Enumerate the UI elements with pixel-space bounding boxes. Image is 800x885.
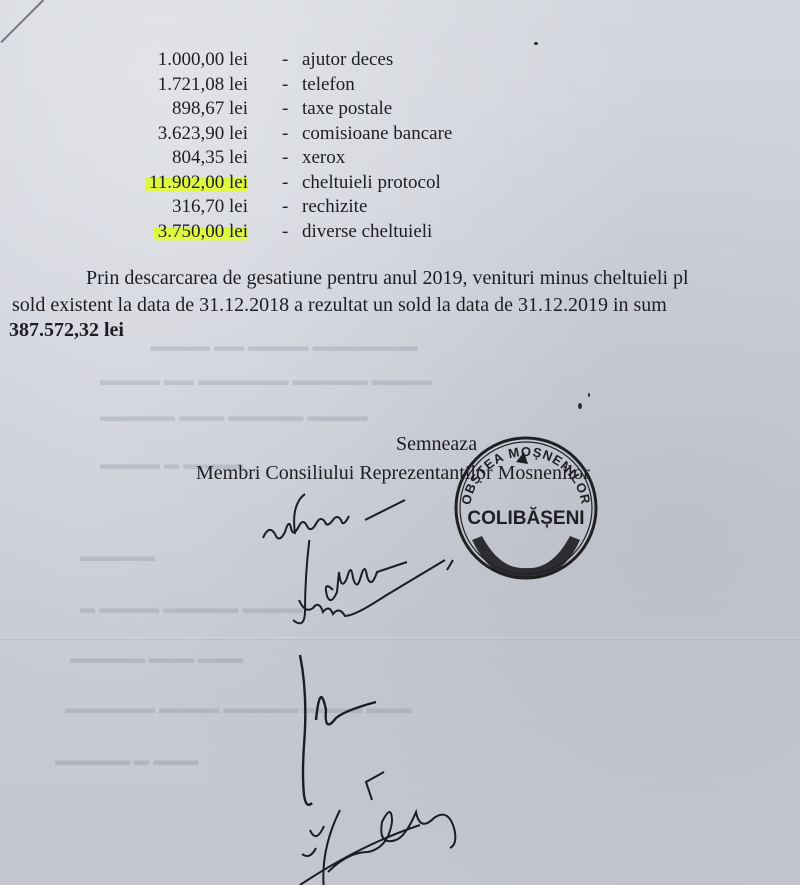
expense-amount-highlighted: 11.902,00 lei — [145, 171, 248, 195]
show-through-text: ▬ ▬▬▬▬ ▬▬▬▬▬ ▬▬▬▬ — [80, 600, 303, 617]
show-through-text: ▬▬▬▬▬ — [80, 548, 155, 565]
expense-label: ajutor deces — [302, 48, 393, 72]
expense-separator: - — [282, 48, 288, 72]
expense-separator: - — [282, 171, 288, 195]
ink-speck — [588, 393, 590, 397]
expense-row: 3.623,90 lei-comisioane bancare — [0, 122, 700, 146]
expense-label: telefon — [302, 73, 355, 97]
expense-amount: 3.623,90 lei — [158, 122, 248, 146]
expense-row: 898,67 lei-taxe postale — [0, 97, 700, 121]
expense-label: xerox — [302, 146, 345, 170]
closing-balance: 387.572,32 lei — [9, 317, 124, 343]
expense-row: 1.721,08 lei-telefon — [0, 73, 700, 97]
expense-amount: 804,35 lei — [172, 146, 248, 170]
signature-3 — [280, 650, 520, 885]
expense-label: rechizite — [302, 195, 367, 219]
expense-row: 804,35 lei-xerox — [0, 146, 700, 170]
expense-amount: 316,70 lei — [172, 195, 248, 219]
ink-speck — [578, 403, 582, 409]
show-through-text: ▬▬▬▬▬ ▬▬▬ ▬▬▬ — [70, 650, 243, 667]
expense-row: 11.902,00 lei-cheltuieli protocol — [0, 171, 700, 195]
expense-row: 3.750,00 lei-diverse cheltuieli — [0, 220, 700, 244]
expense-amount: 898,67 lei — [172, 97, 248, 121]
expense-amount-highlighted: 3.750,00 lei — [154, 220, 248, 244]
expense-label: comisioane bancare — [302, 122, 452, 146]
stamp-center-text: COLIBĂȘENI — [467, 507, 584, 529]
expense-label: cheltuieli protocol — [302, 171, 441, 195]
expense-row: 1.000,00 lei-ajutor deces — [0, 48, 700, 72]
ink-speck — [534, 42, 538, 45]
expense-amount: 1.000,00 lei — [158, 48, 248, 72]
show-through-text: ▬▬▬▬▬ ▬▬▬ ▬▬▬▬▬ ▬▬▬▬ — [100, 408, 368, 425]
organization-stamp: OBȘTEA MOȘNENILOR COLIBĂȘENI — [452, 432, 600, 584]
expense-separator: - — [282, 195, 288, 219]
show-through-text: ▬▬▬▬ ▬▬ ▬▬▬▬ ▬▬▬▬▬▬▬ — [150, 338, 418, 355]
show-through-text: ▬▬▬▬▬ ▬ ▬▬▬ — [55, 752, 198, 769]
summary-line-1: Prin descarcarea de gesatiune pentru anu… — [86, 265, 689, 291]
expense-row: 316,70 lei-rechizite — [0, 195, 700, 219]
signature-2 — [285, 540, 465, 650]
expense-label: diverse cheltuieli — [302, 220, 432, 244]
show-through-text: ▬▬▬▬ ▬▬ ▬▬▬▬▬▬ ▬▬▬▬▬ ▬▬▬▬ — [100, 372, 432, 389]
expense-separator: - — [282, 146, 288, 170]
expense-separator: - — [282, 97, 288, 121]
expense-separator: - — [282, 122, 288, 146]
stamp-top-text: OBȘTEA MOȘNENILOR — [458, 444, 593, 506]
svg-text:OBȘTEA MOȘNENILOR: OBȘTEA MOȘNENILOR — [458, 444, 593, 506]
expense-label: taxe postale — [302, 97, 392, 121]
expense-separator: - — [282, 220, 288, 244]
expense-separator: - — [282, 73, 288, 97]
expense-amount: 1.721,08 lei — [158, 73, 248, 97]
summary-line-2: sold existent la data de 31.12.2018 a re… — [12, 292, 667, 318]
